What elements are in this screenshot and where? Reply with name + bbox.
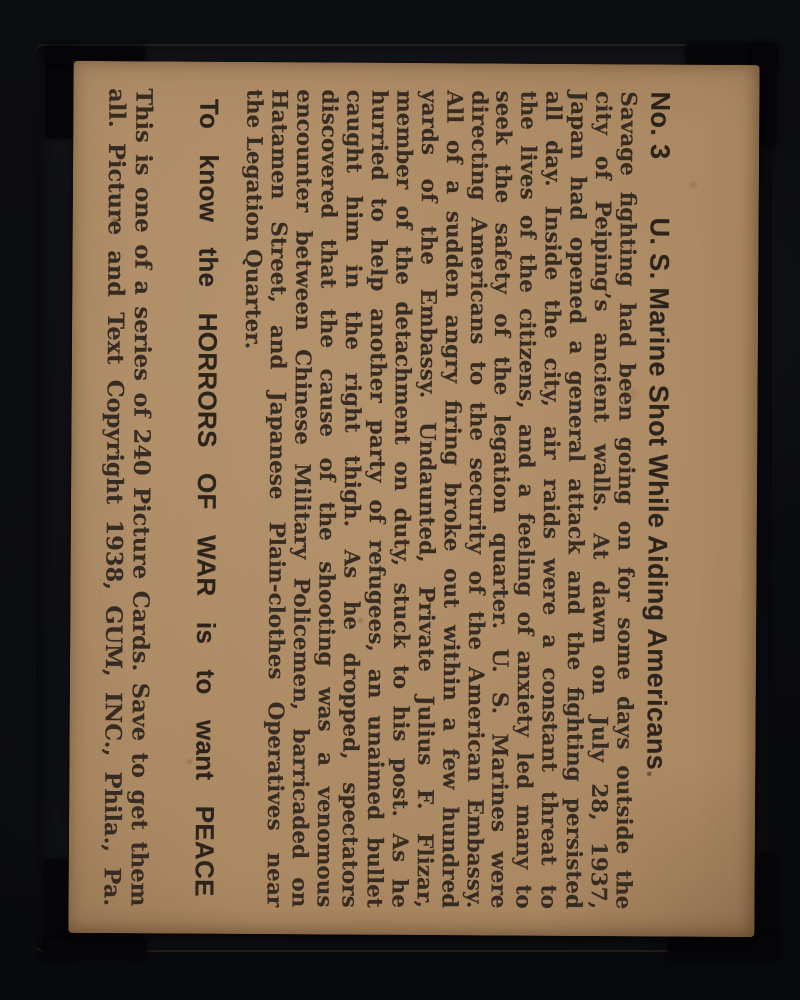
title-trailing-mark: . bbox=[641, 770, 671, 778]
slogan-line: To know the HORRORS OF WAR is to want PE… bbox=[188, 89, 226, 907]
photo-background: No. 3 U. S. Marine Shot While Aiding Ame… bbox=[0, 0, 800, 1000]
card-title: No. 3 U. S. Marine Shot While Aiding Ame… bbox=[639, 91, 675, 909]
card-title-text-main: U. S. Marine Shot While Aiding Americans bbox=[641, 217, 674, 770]
card-title-text: U. S. Marine Shot While Aiding Americans… bbox=[639, 217, 674, 909]
footer-line: all. Picture and Text Copyright 1938, GU… bbox=[97, 88, 129, 906]
footer-line: This is one of a series of 240 Picture C… bbox=[125, 88, 157, 906]
card-rotated-frame: No. 3 U. S. Marine Shot While Aiding Ame… bbox=[68, 61, 759, 937]
trading-card-back: No. 3 U. S. Marine Shot While Aiding Ame… bbox=[68, 61, 759, 937]
card-body-text: Savage fighting had been going on for so… bbox=[236, 89, 639, 909]
holder-corner-notch-bottom-left bbox=[44, 938, 146, 958]
card-number: No. 3 bbox=[644, 91, 675, 159]
holder-corner-notch-bottom-right bbox=[668, 934, 776, 960]
card-content: No. 3 U. S. Marine Shot While Aiding Ame… bbox=[68, 61, 759, 937]
card-footer: This is one of a series of 240 Picture C… bbox=[97, 88, 157, 906]
